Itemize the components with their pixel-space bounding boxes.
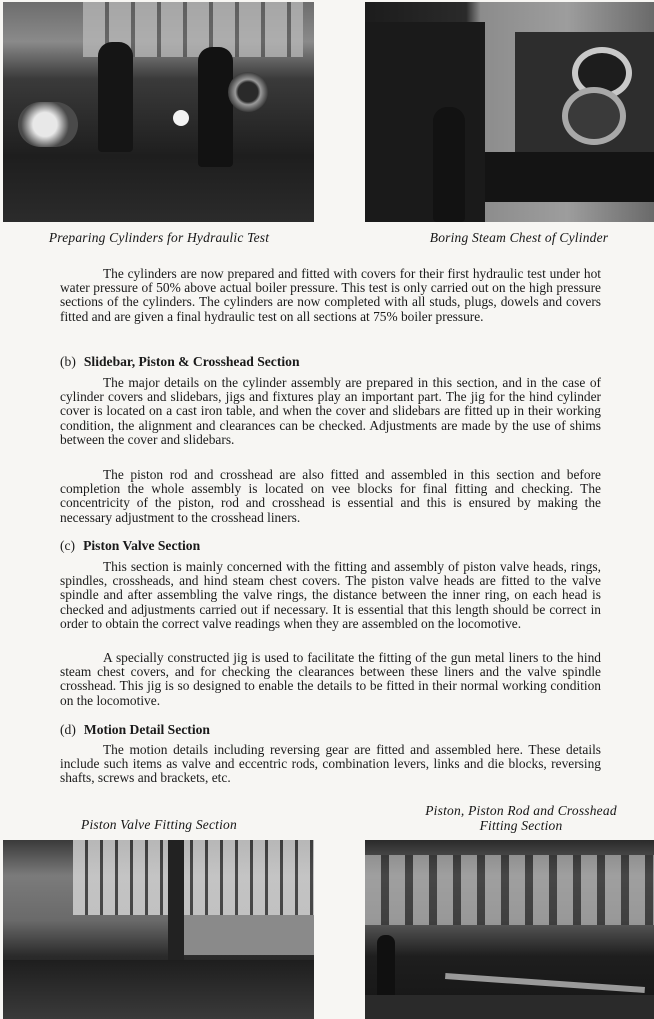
worker-figure (98, 42, 133, 152)
paragraph: The major details on the cylinder assemb… (60, 376, 601, 447)
caption-piston-rod-crosshead: Piston, Piston Rod and Crosshead Fitting… (395, 803, 647, 833)
caption-line: Fitting Section (395, 818, 647, 833)
intro-paragraph: The cylinders are now prepared and fitte… (60, 267, 601, 324)
section-heading-c: (c)Piston Valve Section (60, 538, 200, 553)
section-title: Slidebar, Piston & Crosshead Section (84, 354, 300, 369)
section-b-paragraph-1: The major details on the cylinder assemb… (60, 376, 601, 447)
section-c-paragraph-2: A specially constructed jig is used to f… (60, 651, 601, 708)
window-backdrop (73, 840, 314, 915)
section-b-paragraph-2: The piston rod and crosshead are also fi… (60, 468, 601, 525)
cylinder-bore (562, 87, 626, 145)
paragraph: This section is mainly concerned with th… (60, 560, 601, 631)
floor (365, 995, 654, 1019)
section-heading-b: (b)Slidebar, Piston & Crosshead Section (60, 354, 300, 369)
workbench-floor (3, 960, 314, 1019)
cylinder-shape (228, 72, 268, 112)
brick-wall (183, 915, 314, 955)
section-label: (d) (60, 722, 76, 737)
caption-line: Piston, Piston Rod and Crosshead (395, 803, 647, 818)
section-label: (b) (60, 354, 76, 369)
photo-preparing-cylinders (3, 2, 314, 222)
window-backdrop (365, 855, 654, 925)
cylinder-shape (18, 102, 78, 147)
lathe-rods (445, 973, 645, 993)
section-title: Piston Valve Section (83, 538, 200, 553)
section-heading-d: (d)Motion Detail Section (60, 722, 210, 737)
worker-figure (433, 107, 465, 222)
photo-boring-steam-chest (365, 2, 654, 222)
column (168, 840, 184, 970)
intro-paragraph-block: The cylinders are now prepared and fitte… (60, 267, 601, 324)
photo-piston-rod-crosshead-fitting (365, 840, 654, 1019)
paragraph: The piston rod and crosshead are also fi… (60, 468, 601, 525)
caption-piston-valve-fitting: Piston Valve Fitting Section (50, 817, 268, 832)
paragraph: The motion details including reversing g… (60, 743, 601, 786)
machine-bed (485, 152, 654, 202)
section-d-paragraph-1: The motion details including reversing g… (60, 743, 601, 786)
section-label: (c) (60, 538, 75, 553)
worker-figure (198, 47, 233, 167)
lamp-light (173, 110, 189, 126)
section-c-paragraph-1: This section is mainly concerned with th… (60, 560, 601, 631)
caption-boring-steam-chest: Boring Steam Chest of Cylinder (410, 230, 628, 245)
paragraph: A specially constructed jig is used to f… (60, 651, 601, 708)
machine-frame (365, 22, 485, 222)
caption-preparing-cylinders: Preparing Cylinders for Hydraulic Test (30, 230, 288, 245)
section-title: Motion Detail Section (84, 722, 210, 737)
photo-piston-valve-fitting (3, 840, 314, 1019)
